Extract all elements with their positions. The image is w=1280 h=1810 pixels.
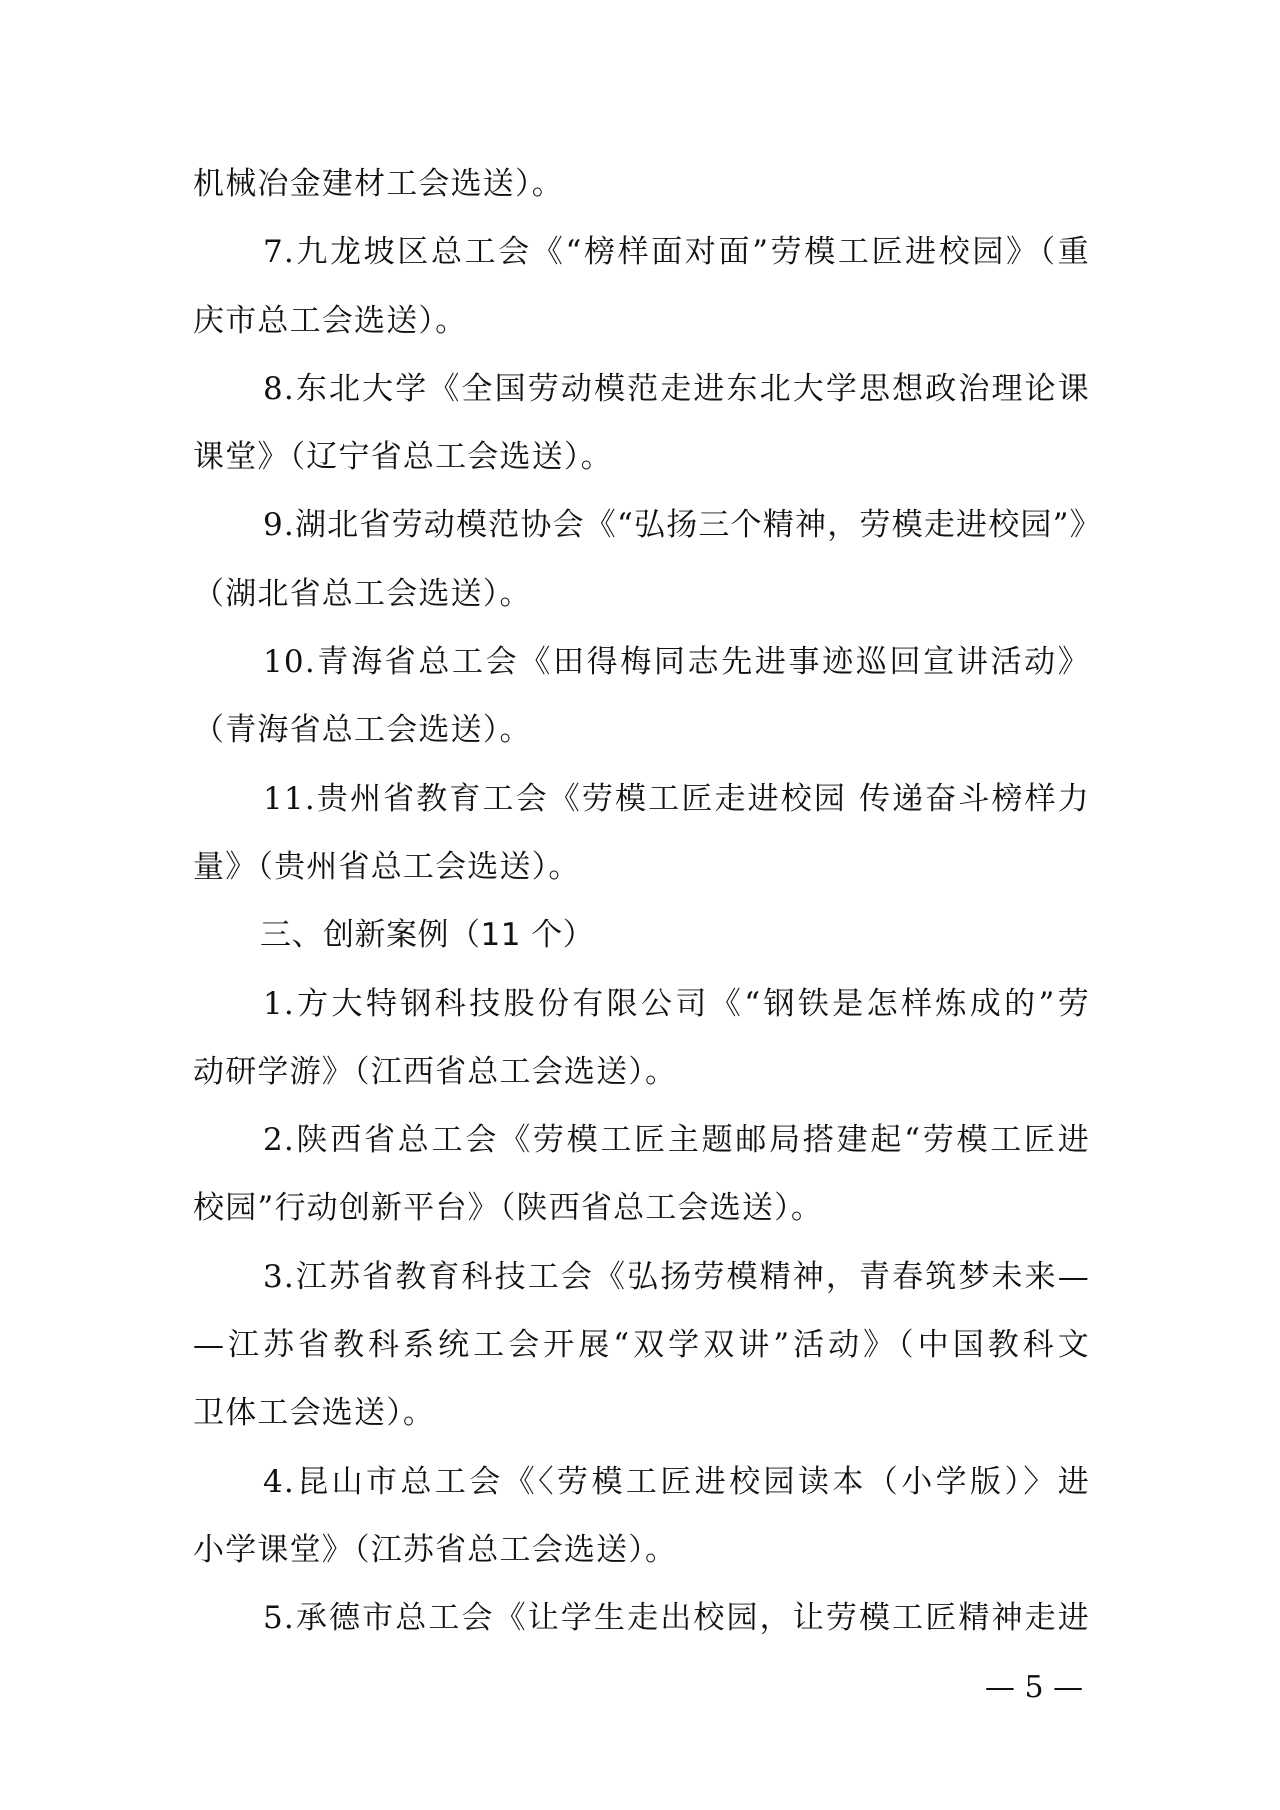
list-item-3-start: 3.江苏省教育科技工会《弘扬劳模精神，青春筑梦未来— bbox=[193, 1243, 1090, 1311]
list-item-1-start: 1.方大特钢科技股份有限公司《“钢铁是怎样炼成的”劳 bbox=[193, 970, 1090, 1038]
text-line: 动研学游》（江西省总工会选送）。 bbox=[193, 1038, 1090, 1106]
list-item-8-start: 8.东北大学《全国劳动模范走进东北大学思想政治理论课 bbox=[193, 355, 1090, 423]
text-line: （湖北省总工会选送）。 bbox=[193, 560, 1090, 628]
document-body: 机械冶金建材工会选送）。 7.九龙坡区总工会《“榜样面对面”劳模工匠进校园》（重… bbox=[193, 150, 1090, 1653]
text-line: （青海省总工会选送）。 bbox=[193, 696, 1090, 764]
page-number: — 5 — bbox=[978, 1668, 1090, 1708]
text-line: 卫体工会选送）。 bbox=[193, 1379, 1090, 1447]
text-line: 课堂》（辽宁省总工会选送）。 bbox=[193, 423, 1090, 491]
list-item-10-start: 10.青海省总工会《田得梅同志先进事迹巡回宣讲活动》 bbox=[193, 628, 1090, 696]
text-line: 庆市总工会选送）。 bbox=[193, 287, 1090, 355]
text-line: —江苏省教科系统工会开展“双学双讲”活动》（中国教科文 bbox=[193, 1311, 1090, 1379]
text-line: 量》（贵州省总工会选送）。 bbox=[193, 833, 1090, 901]
list-item-4-start: 4.昆山市总工会《〈劳模工匠进校园读本（小学版）〉进 bbox=[193, 1448, 1090, 1516]
list-item-2-start: 2.陕西省总工会《劳模工匠主题邮局搭建起“劳模工匠进 bbox=[193, 1106, 1090, 1174]
document-page: 机械冶金建材工会选送）。 7.九龙坡区总工会《“榜样面对面”劳模工匠进校园》（重… bbox=[0, 0, 1280, 1810]
text-line: 机械冶金建材工会选送）。 bbox=[193, 150, 1090, 218]
section-heading: 三、创新案例（11 个） bbox=[193, 901, 1090, 969]
text-line: 小学课堂》（江苏省总工会选送）。 bbox=[193, 1516, 1090, 1584]
text-line: 校园”行动创新平台》（陕西省总工会选送）。 bbox=[193, 1174, 1090, 1242]
list-item-7-start: 7.九龙坡区总工会《“榜样面对面”劳模工匠进校园》（重 bbox=[193, 218, 1090, 286]
list-item-5-start: 5.承德市总工会《让学生走出校园，让劳模工匠精神走进 bbox=[193, 1584, 1090, 1652]
list-item-9-start: 9.湖北省劳动模范协会《“弘扬三个精神，劳模走进校园”》 bbox=[193, 491, 1090, 559]
list-item-11-start: 11.贵州省教育工会《劳模工匠走进校园 传递奋斗榜样力 bbox=[193, 765, 1090, 833]
